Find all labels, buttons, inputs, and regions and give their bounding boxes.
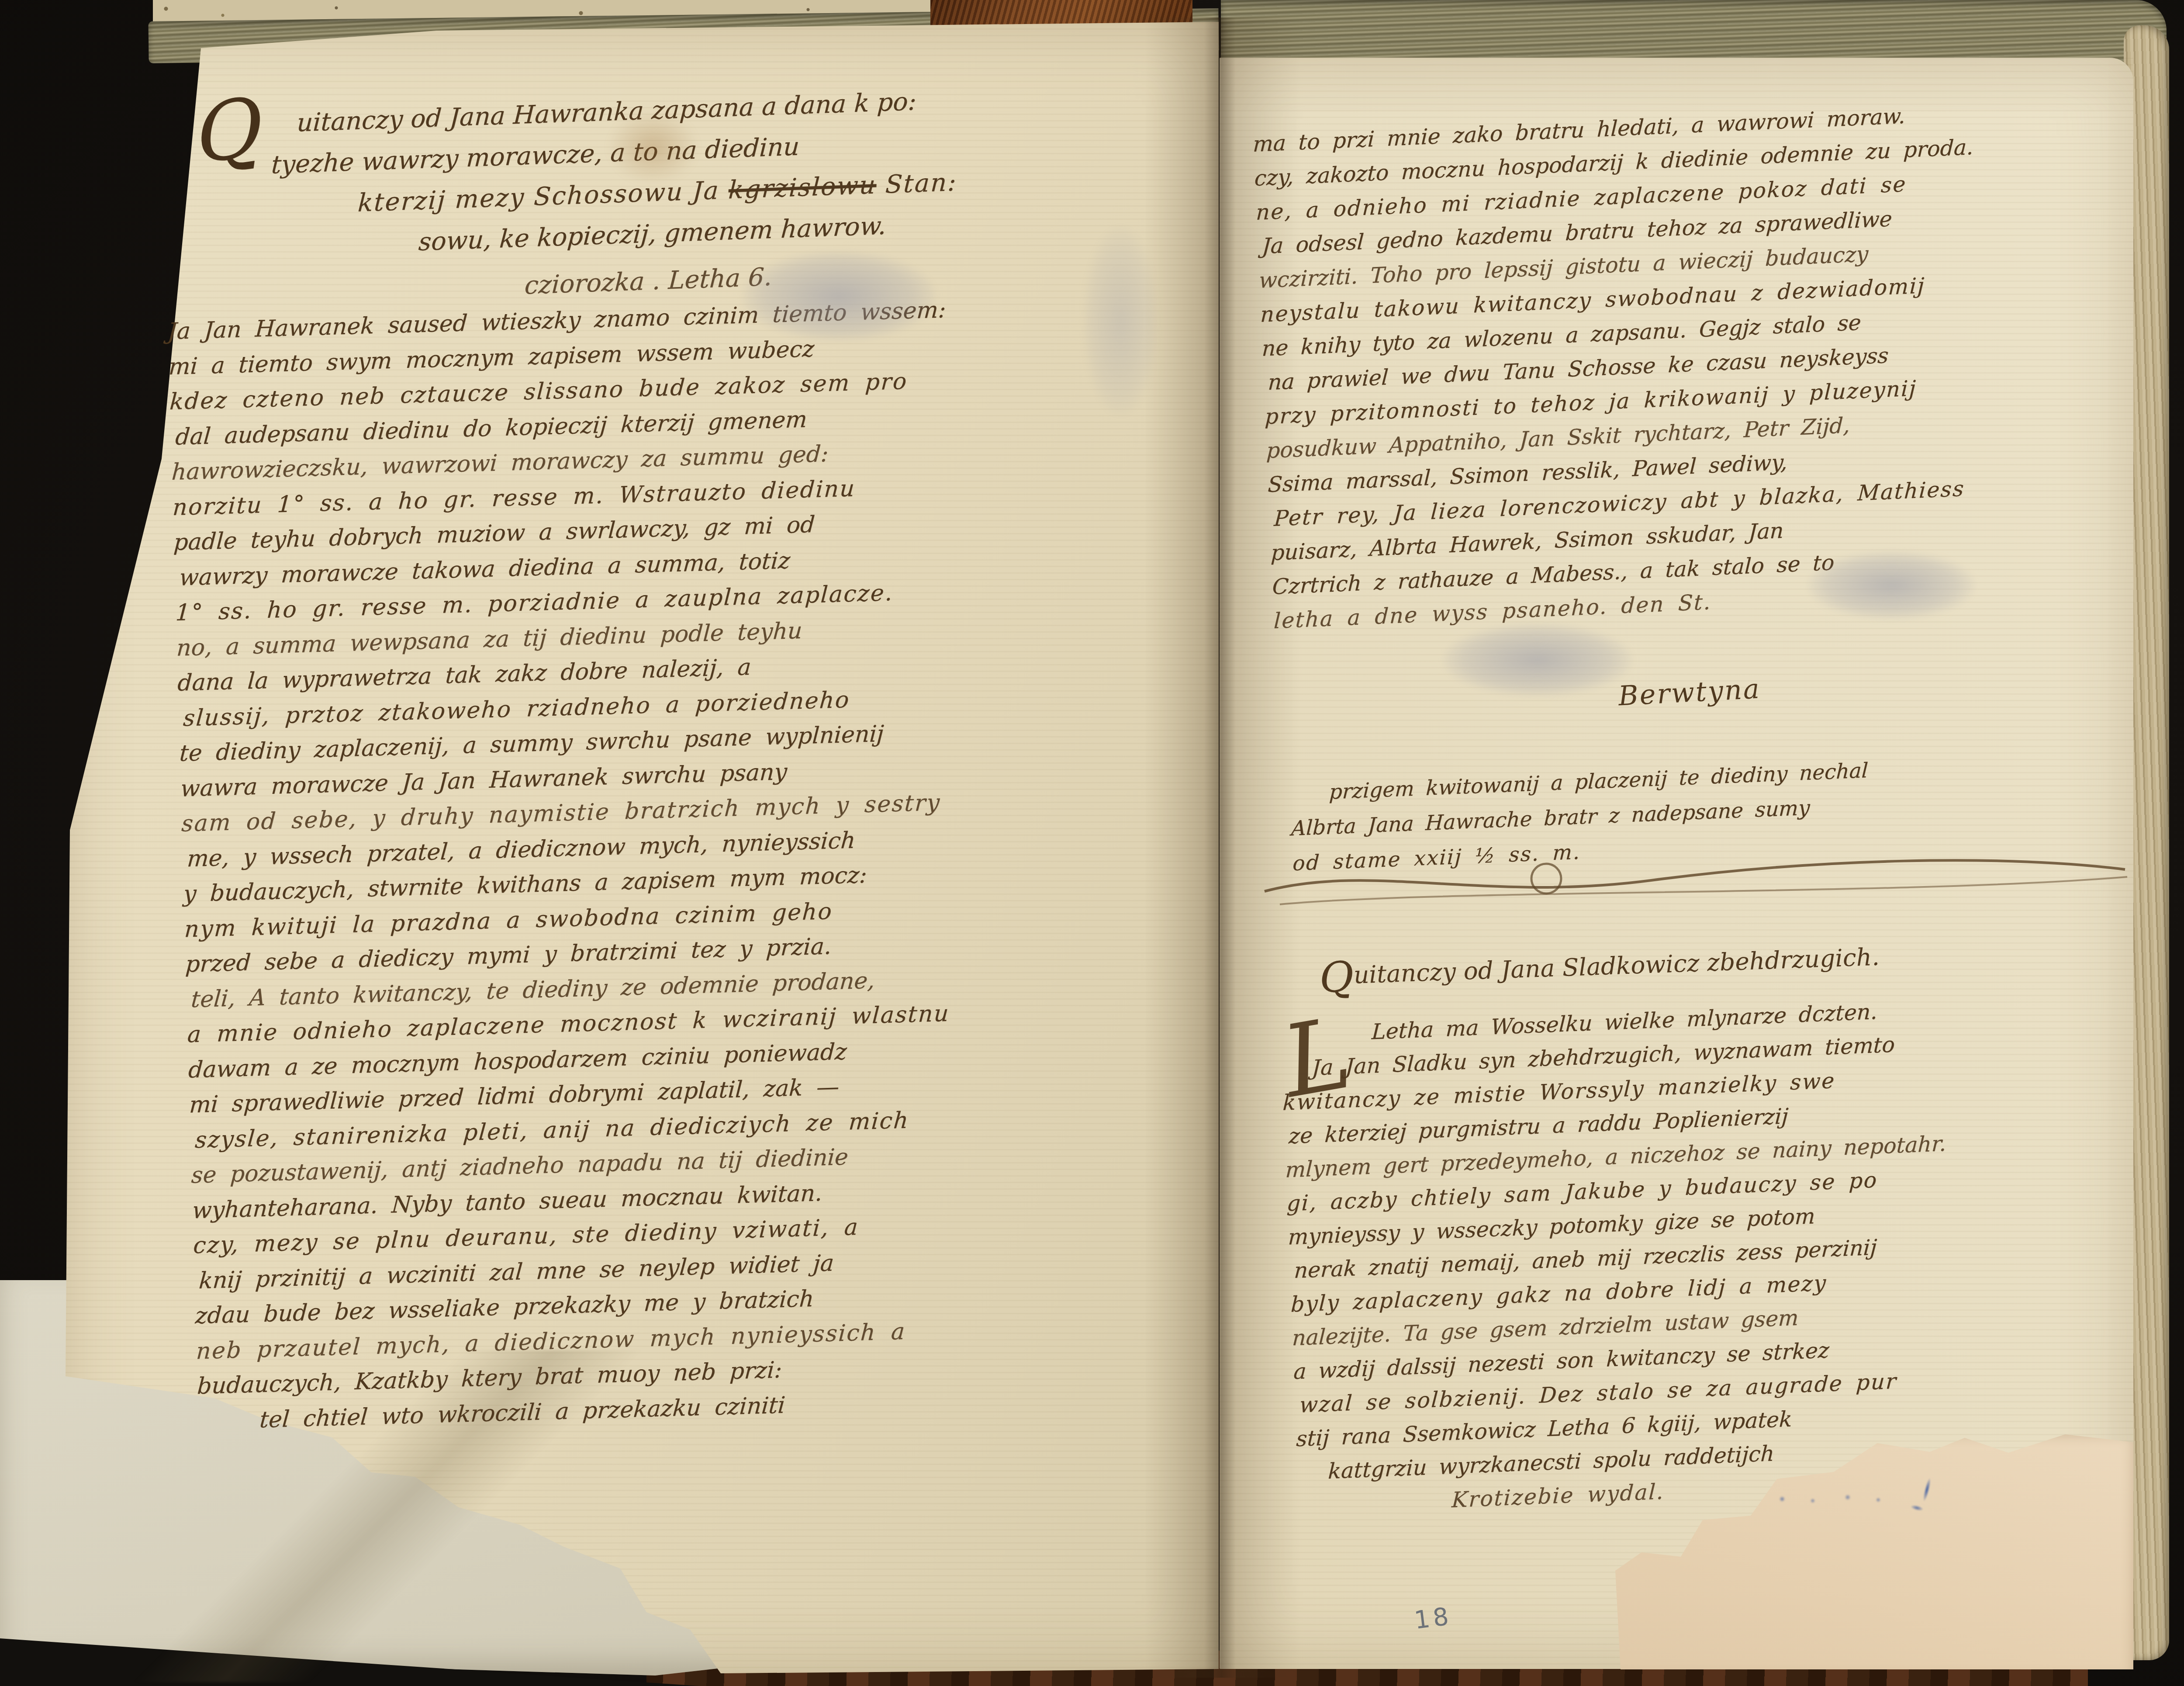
header-text: Stan:: [876, 168, 958, 200]
page-number: 18: [1413, 1602, 1453, 1635]
erasure-smudge: [743, 251, 935, 341]
blue-ink-dots: [1773, 1488, 1887, 1505]
left-body-block: Ja Jan Hawranek saused wtieszky znamo cz…: [166, 287, 1158, 1439]
flourish-underline: [1258, 837, 2132, 911]
erasure-smudge: [1444, 624, 1631, 696]
manuscript-photo: Quitanczy od Jana Hawranka zapsana a dan…: [0, 0, 2184, 1686]
ink-stain: [607, 110, 699, 184]
header-text: kterzij mezy Schossowu Ja: [357, 176, 729, 218]
book-top-edge-right: [1221, 0, 2167, 66]
right-paragraph-1: ma to przi mnie zako bratru hledati, a w…: [1251, 90, 2146, 638]
erasure-smudge: [1083, 227, 1158, 415]
right-paragraph-2: Letha ma Wosselku wielke mlynarze dczten…: [1278, 984, 2158, 1523]
erasure-smudge: [1808, 551, 1974, 619]
left-header-block: Quitanczy od Jana Hawranka zapsana a dan…: [202, 73, 1135, 317]
struck-word: kgrzislowu: [728, 170, 877, 204]
flourished-initial: Q: [1319, 952, 1355, 1003]
